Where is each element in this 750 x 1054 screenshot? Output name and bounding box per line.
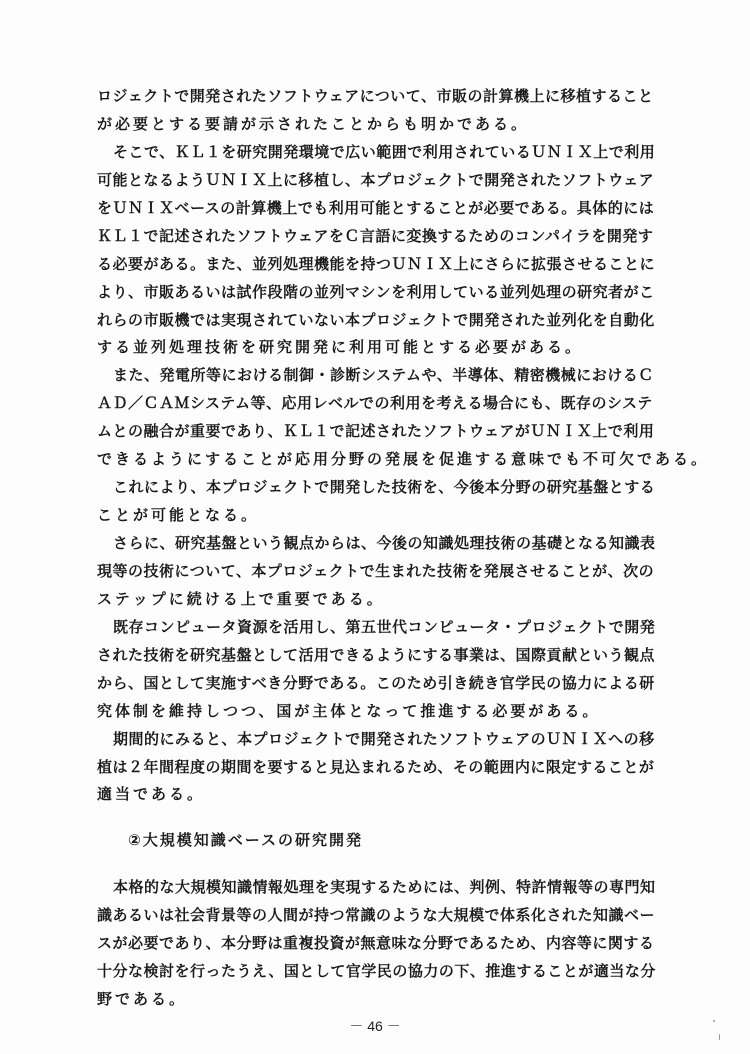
text-line: する並列処理技術を研究開発に利用可能とする必要がある。	[97, 334, 629, 362]
scan-speck	[719, 1034, 720, 1040]
text-line: 識あるいは社会背景等の人間が持つ常識のような大規模で体系化された知識ベー	[97, 902, 629, 930]
text-line: 究体制を維持しつつ、国が主体となって推進する必要がある。	[97, 698, 629, 726]
text-line: 植は２年間程度の期間を要すると見込まれるため、その範囲内に限定することが	[97, 754, 629, 782]
text-line: ＡＤ／ＣＡＭシステム等、応用レベルでの利用を考える場合にも、既存のシステ	[97, 390, 629, 418]
text-line: 適当である。	[97, 781, 629, 809]
text-line: ステップに続ける上で重要である。	[97, 586, 629, 614]
text-line: さらに、研究基盤という観点からは、今後の知識処理技術の基礎となる知識表	[97, 530, 629, 558]
text-line: より、市販あるいは試作段階の並列マシンを利用している並列処理の研究者がこ	[97, 279, 629, 307]
text-line: これにより、本プロジェクトで開発した技術を、今後本分野の研究基盤とする	[97, 474, 629, 502]
section-2-heading: ②大規模知識ベースの研究開発	[128, 828, 363, 852]
text-line: そこで、ＫＬ１を研究開発環境で広い範囲で利用されているＵＮＩＸ上で利用	[97, 139, 629, 167]
text-line: ＫＬ１で記述されたソフトウェアをＣ言語に変換するためのコンパイラを開発す	[97, 223, 629, 251]
text-line: された技術を研究基盤として活用できるようにする事業は、国際貢献という観点	[97, 642, 629, 670]
text-line: ロジェクトで開発されたソフトウェアについて、市販の計算機上に移植すること	[97, 83, 629, 111]
text-line: 既存コンピュータ資源を活用し、第五世代コンピュータ・プロジェクトで開発	[97, 614, 629, 642]
text-line: できるようにすることが応用分野の発展を促進する意味でも不可欠である。	[97, 446, 629, 474]
text-line: 本格的な大規模知識情報処理を実現するためには、判例、特許情報等の専門知	[97, 874, 629, 902]
text-line: 期間的にみると、本プロジェクトで開発されたソフトウェアのＵＮＩＸへの移	[97, 726, 629, 754]
text-line: をＵＮＩＸベースの計算機上でも利用可能とすることが必要である。具体的には	[97, 195, 629, 223]
text-line: 現等の技術について、本プロジェクトで生まれた技術を発展させることが、次の	[97, 558, 629, 586]
text-line: ことが可能となる。	[97, 502, 629, 530]
text-line: が必要とする要請が示されたことからも明かである。	[97, 111, 629, 139]
text-line: る必要がある。また、並列処理機能を持つＵＮＩＸ上にさらに拡張させることに	[97, 251, 629, 279]
text-line: また、発電所等における制御・診断システムや、半導体、精密機械におけるＣ	[97, 362, 629, 390]
text-line: 十分な検討を行ったうえ、国として官学民の協力の下、推進することが適当な分	[97, 958, 629, 986]
section-1-body: ロジェクトで開発されたソフトウェアについて、市販の計算機上に移植すること が必要…	[97, 83, 629, 809]
page-number: － 46 －	[0, 1016, 750, 1036]
document-page: ロジェクトで開発されたソフトウェアについて、市販の計算機上に移植すること が必要…	[0, 0, 750, 1054]
text-line: 野である。	[97, 986, 629, 1014]
text-line: れらの市販機では実現されていない本プロジェクトで開発された並列化を自動化	[97, 307, 629, 335]
text-line: ムとの融合が重要であり、ＫＬ１で記述されたソフトウェアがＵＮＩＸ上で利用	[97, 418, 629, 446]
scan-speck	[713, 1020, 715, 1022]
text-line: 可能となるようＵＮＩＸ上に移植し、本プロジェクトで開発されたソフトウェア	[97, 167, 629, 195]
section-2-body: 本格的な大規模知識情報処理を実現するためには、判例、特許情報等の専門知 識あるい…	[97, 874, 629, 1014]
text-line: から、国として実施すべき分野である。このため引き続き官学民の協力による研	[97, 670, 629, 698]
text-line: スが必要であり、本分野は重複投資が無意味な分野であるため、内容等に関する	[97, 930, 629, 958]
